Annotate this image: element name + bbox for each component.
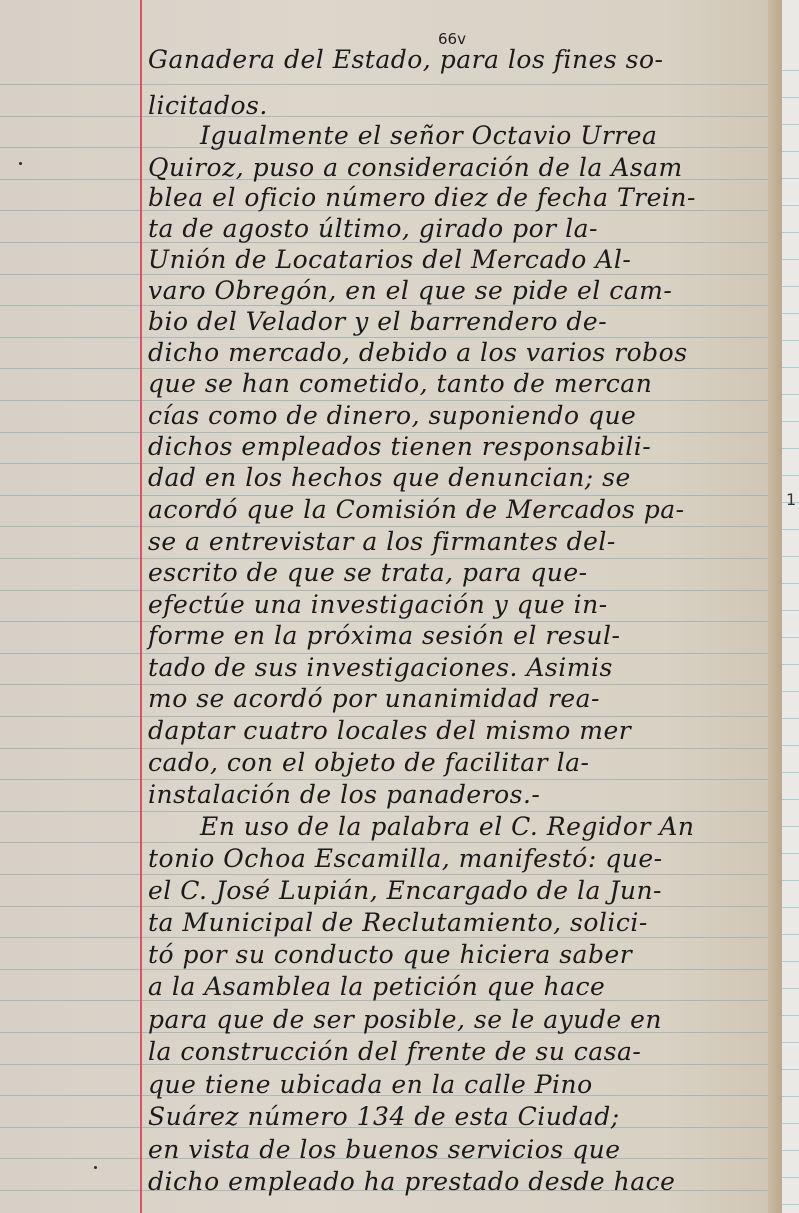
ink-speck: [19, 162, 22, 165]
next-sheet-edge: [782, 0, 799, 1213]
next-sheet-ruled-line: [782, 1150, 799, 1151]
next-sheet-ruled-line: [782, 259, 799, 260]
next-sheet-ruled-line: [782, 151, 799, 152]
next-sheet-ruled-line: [782, 421, 799, 422]
next-sheet-ruled-line: [782, 1177, 799, 1178]
next-sheet-ruled-line: [782, 70, 799, 71]
next-sheet-ruled-line: [782, 1042, 799, 1043]
next-sheet-ruled-line: [782, 988, 799, 989]
next-sheet-ruled-line: [782, 1204, 799, 1205]
next-sheet-ruled-line: [782, 340, 799, 341]
next-sheet-ruled-line: [782, 205, 799, 206]
next-sheet-ruled-line: [782, 907, 799, 908]
next-sheet-ruled-line: [782, 1123, 799, 1124]
page-edge-shadow: [768, 0, 782, 1213]
margin-mark: 1: [786, 490, 796, 509]
text-line: Ganadera del Estado, para los fines so-: [148, 40, 770, 80]
next-sheet-ruled-line: [782, 124, 799, 125]
next-sheet-ruled-line: [782, 691, 799, 692]
next-sheet-ruled-line: [782, 529, 799, 530]
next-sheet-ruled-line: [782, 799, 799, 800]
next-sheet-ruled-line: [782, 610, 799, 611]
next-sheet-ruled-line: [782, 718, 799, 719]
next-sheet-ruled-line: [782, 880, 799, 881]
red-margin-line: [140, 0, 142, 1213]
next-sheet-ruled-line: [782, 826, 799, 827]
next-sheet-ruled-line: [782, 556, 799, 557]
next-sheet-ruled-line: [782, 745, 799, 746]
text-line: dicho empleado ha prestado desde hace: [148, 1162, 770, 1202]
ink-speck: [94, 1166, 97, 1169]
next-sheet-ruled-line: [782, 583, 799, 584]
next-sheet-ruled-line: [782, 772, 799, 773]
next-sheet-ruled-line: [782, 367, 799, 368]
next-sheet-ruled-line: [782, 1096, 799, 1097]
next-sheet-ruled-line: [782, 178, 799, 179]
next-sheet-ruled-line: [782, 313, 799, 314]
next-sheet-ruled-line: [782, 1069, 799, 1070]
next-sheet-ruled-line: [782, 853, 799, 854]
next-sheet-ruled-line: [782, 286, 799, 287]
next-sheet-ruled-line: [782, 934, 799, 935]
ledger-page: 66v Ganadera del Estado, para los fines …: [0, 0, 782, 1213]
next-sheet-ruled-line: [782, 475, 799, 476]
next-sheet-ruled-line: [782, 448, 799, 449]
next-sheet-ruled-line: [782, 961, 799, 962]
ruled-line: [0, 84, 782, 85]
next-sheet-ruled-line: [782, 232, 799, 233]
next-sheet-ruled-line: [782, 664, 799, 665]
next-sheet-ruled-line: [782, 1015, 799, 1016]
next-sheet-ruled-line: [782, 394, 799, 395]
next-sheet-ruled-line: [782, 97, 799, 98]
next-sheet-ruled-line: [782, 637, 799, 638]
